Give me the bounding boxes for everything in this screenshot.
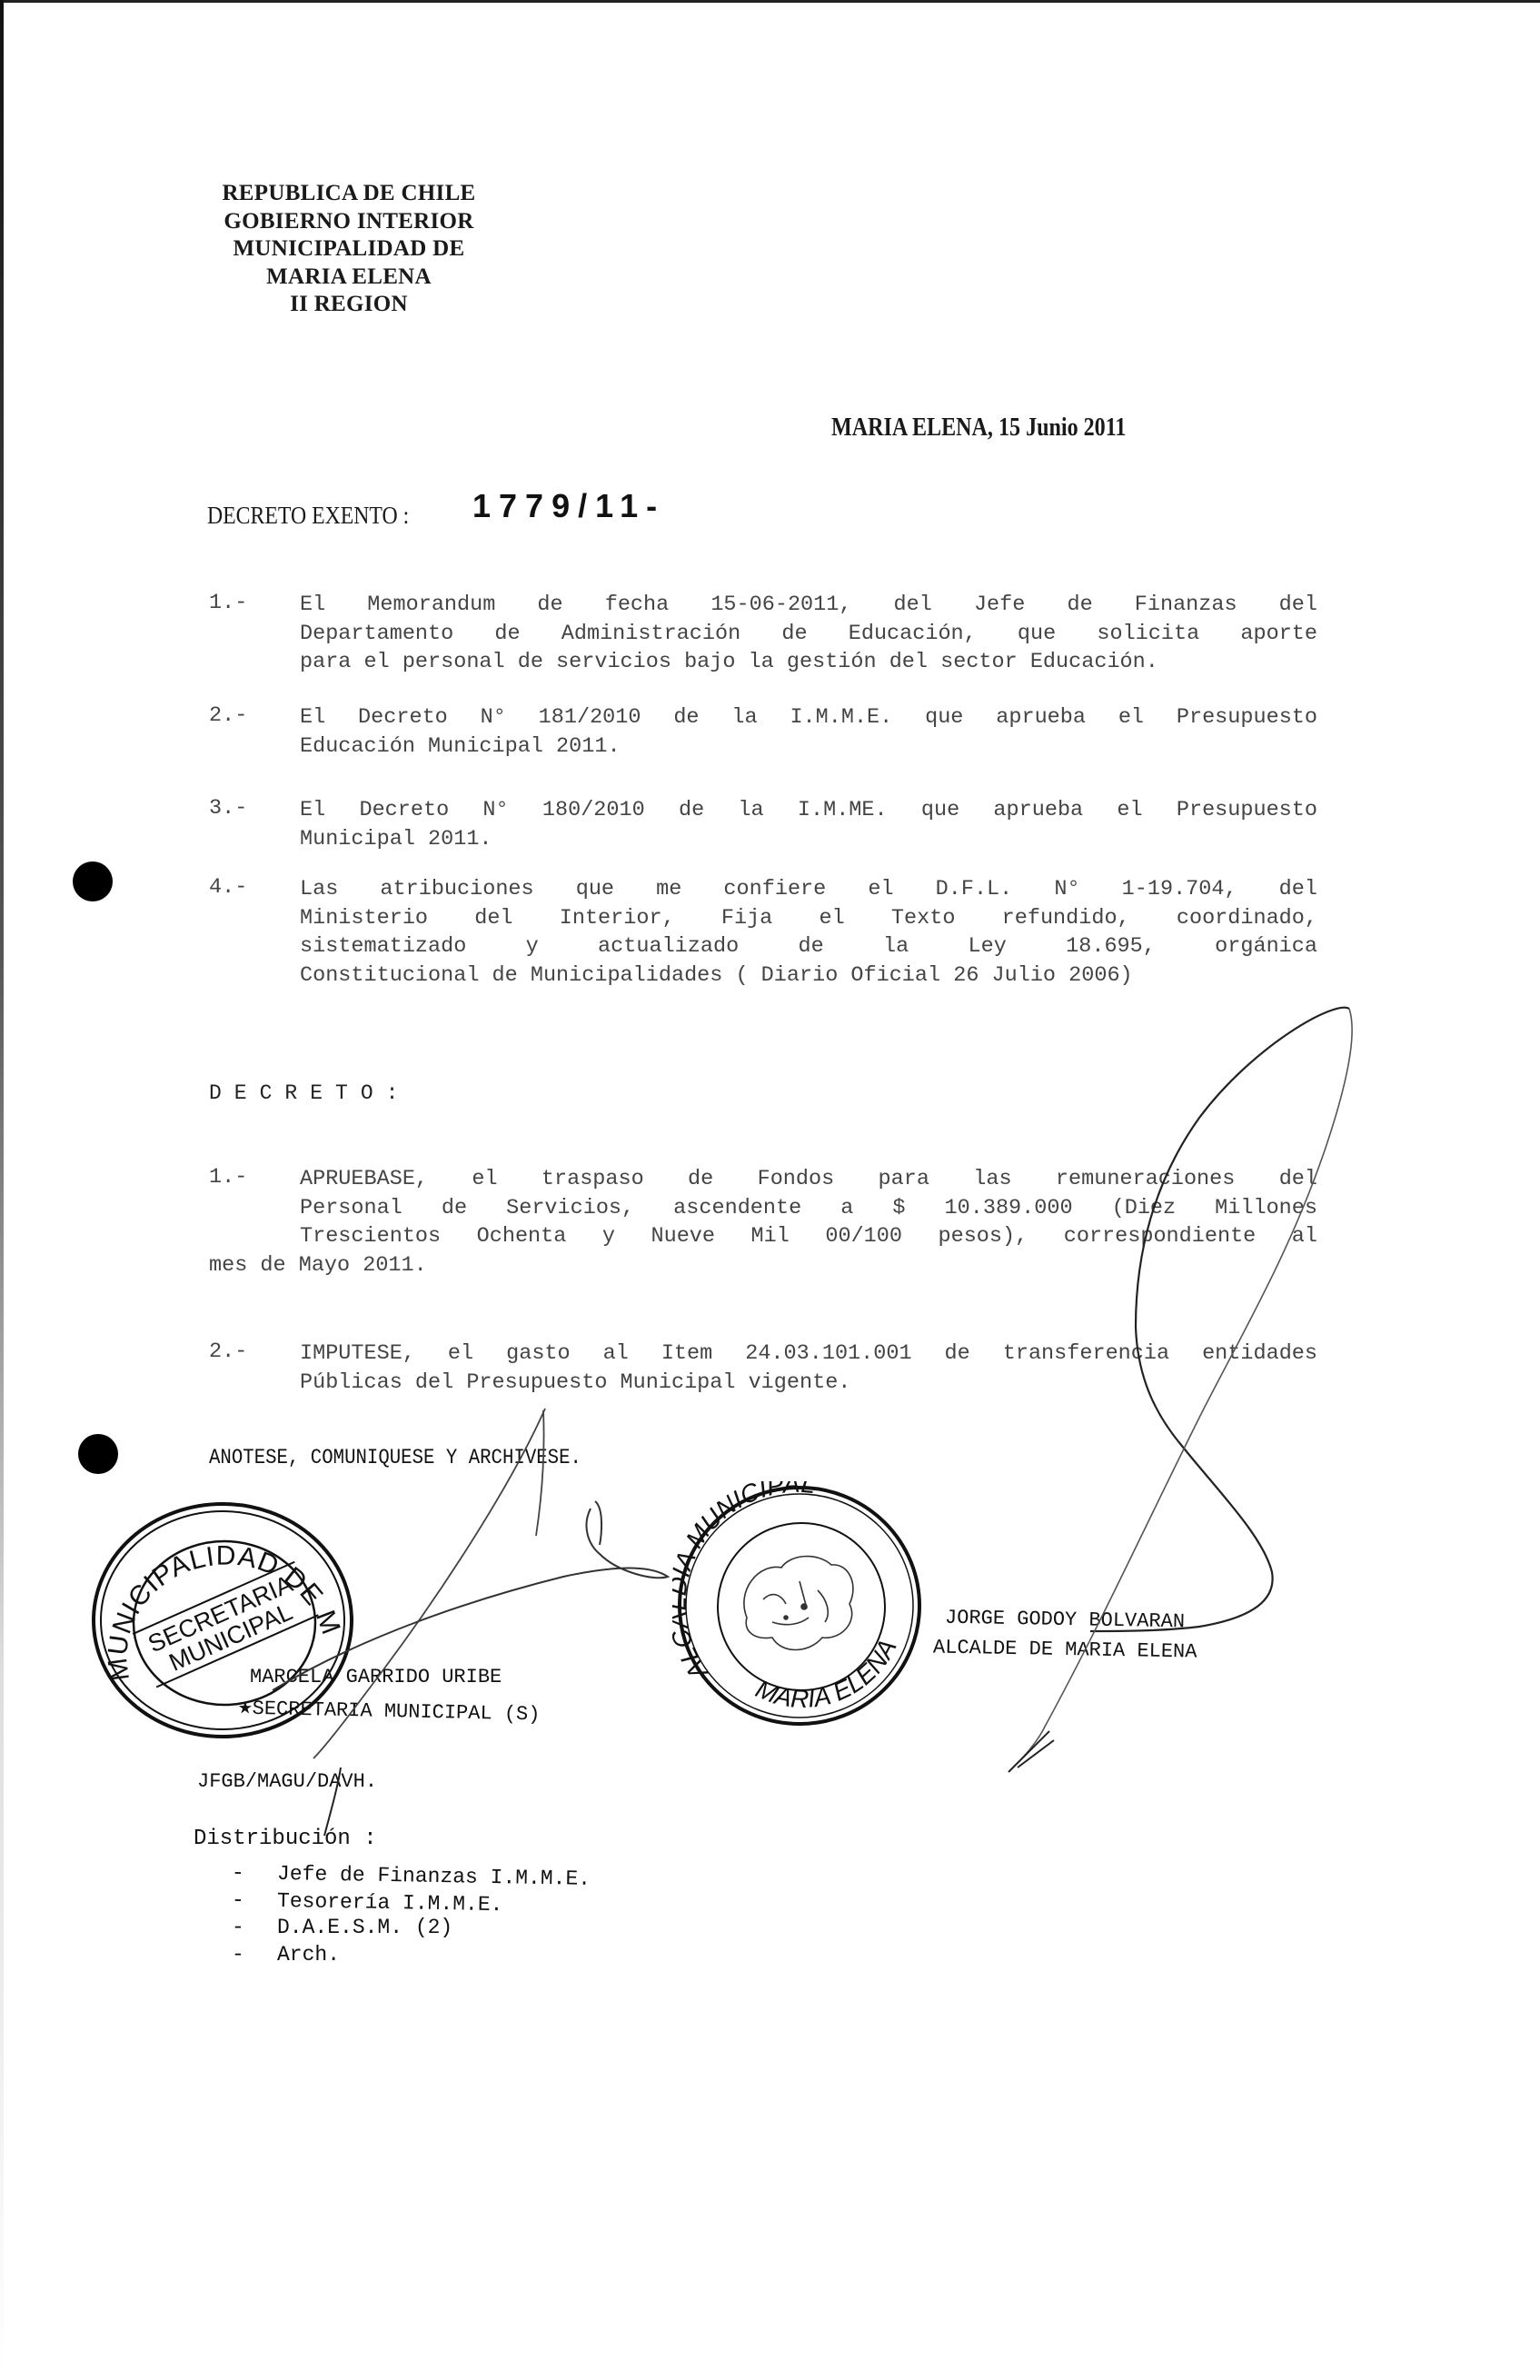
letterhead-line: REPUBLICA DE CHILE	[211, 180, 487, 208]
decreto-exento-label: DECRETO EXENTO :	[207, 502, 409, 530]
letterhead-line: MARIA ELENA	[211, 264, 487, 292]
distribution-item: -Jefe de Finanzas I.M.M.E.	[232, 1861, 233, 1888]
stamp-top-text: ALCALDIA MUNICIPAL	[672, 1481, 817, 1687]
item-line: IMPUTESE, el gasto al Item 24.03.101.001…	[300, 1339, 1317, 1369]
item-line: Educación Municipal 2011.	[300, 732, 1317, 762]
item-number: 1.-	[209, 1165, 247, 1190]
letterhead-line: GOBIERNO INTERIOR	[211, 208, 487, 236]
distribution-title: Distribución :	[194, 1827, 377, 1851]
secretary-title-text: SECRETARIA MUNICIPAL (S)	[252, 1698, 540, 1727]
item-number: 1.-	[209, 591, 247, 615]
stamp-bottom-text: MARIA ELENA	[751, 1635, 901, 1713]
item-line: para el personal de servicios bajo la ge…	[300, 648, 1317, 677]
item-number: 2.-	[209, 703, 247, 728]
mayor-title: ALCALDE DE MARIA ELENA	[933, 1636, 1197, 1663]
svg-text:MARIA ELENA: MARIA ELENA	[751, 1635, 901, 1713]
letterhead-line: II REGION	[211, 291, 487, 319]
item-line: Trescientos Ochenta y Nueve Mil 00/100 p…	[300, 1222, 1317, 1251]
distribution-item: -Tesorería I.M.M.E.	[232, 1888, 233, 1916]
item-line: Públicas del Presupuesto Municipal vigen…	[300, 1369, 1317, 1398]
item-line: Departamento de Administración de Educac…	[300, 620, 1317, 649]
decreto-heading: DECRETO:	[209, 1081, 411, 1105]
item-line: APRUEBASE, el traspaso de Fondos para la…	[300, 1165, 1317, 1194]
item-line: Las atribuciones que me confiere el D.F.…	[300, 875, 1317, 904]
item-line: Personal de Servicios, ascendente a $ 10…	[300, 1194, 1317, 1223]
scan-edge-left	[0, 0, 4, 2380]
item-line: Ministerio del Interior, Fija el Texto r…	[300, 904, 1317, 933]
item-number: 4.-	[209, 875, 247, 900]
letterhead: REPUBLICA DE CHILE GOBIERNO INTERIOR MUN…	[211, 180, 487, 319]
punch-hole-icon	[73, 861, 113, 901]
secretary-name: MARCELA GARRIDO URIBE	[250, 1666, 502, 1688]
coat-of-arms-icon	[744, 1557, 853, 1650]
svg-text:ALCALDIA MUNICIPAL: ALCALDIA MUNICIPAL	[672, 1481, 817, 1687]
item-line: El Memorandum de fecha 15-06-2011, del J…	[300, 591, 1317, 620]
letterhead-line: MUNICIPALIDAD DE	[211, 235, 487, 264]
punch-hole-icon	[78, 1434, 118, 1474]
item-line: El Decreto N° 180/2010 de la I.M.ME. que…	[300, 796, 1317, 825]
scanned-document-page: REPUBLICA DE CHILE GOBIERNO INTERIOR MUN…	[0, 0, 1540, 2380]
item-line: sistematizado y actualizado de la Ley 18…	[300, 932, 1317, 961]
item-number: 3.-	[209, 796, 247, 821]
item-line: Municipal 2011.	[300, 825, 1317, 854]
item-line: El Decreto N° 181/2010 de la I.M.M.E. qu…	[300, 703, 1317, 732]
item-line: Constitucional de Municipalidades ( Diar…	[300, 961, 1317, 991]
decreto-exento-number-stamp: 1779/11-	[472, 487, 665, 525]
item-line: mes de Mayo 2011.	[209, 1251, 1227, 1280]
item-number: 2.-	[209, 1339, 247, 1364]
mayor-name: JORGE GODOY BOLVARAN	[945, 1607, 1185, 1634]
scan-edge-top	[0, 0, 1540, 3]
mayor-signature-loop	[1090, 1008, 1349, 1631]
star-icon: ★	[238, 1694, 253, 1721]
closing-formula: ANOTESE, COMUNIQUESE Y ARCHIVESE.	[209, 1446, 581, 1469]
alcaldia-municipal-stamp: ALCALDIA MUNICIPAL MARIA ELENA	[672, 1481, 927, 1731]
initials-reference: JFGB/MAGU/DAVH.	[197, 1770, 377, 1793]
place-and-date: MARIA ELENA, 15 Junio 2011	[831, 413, 1126, 443]
